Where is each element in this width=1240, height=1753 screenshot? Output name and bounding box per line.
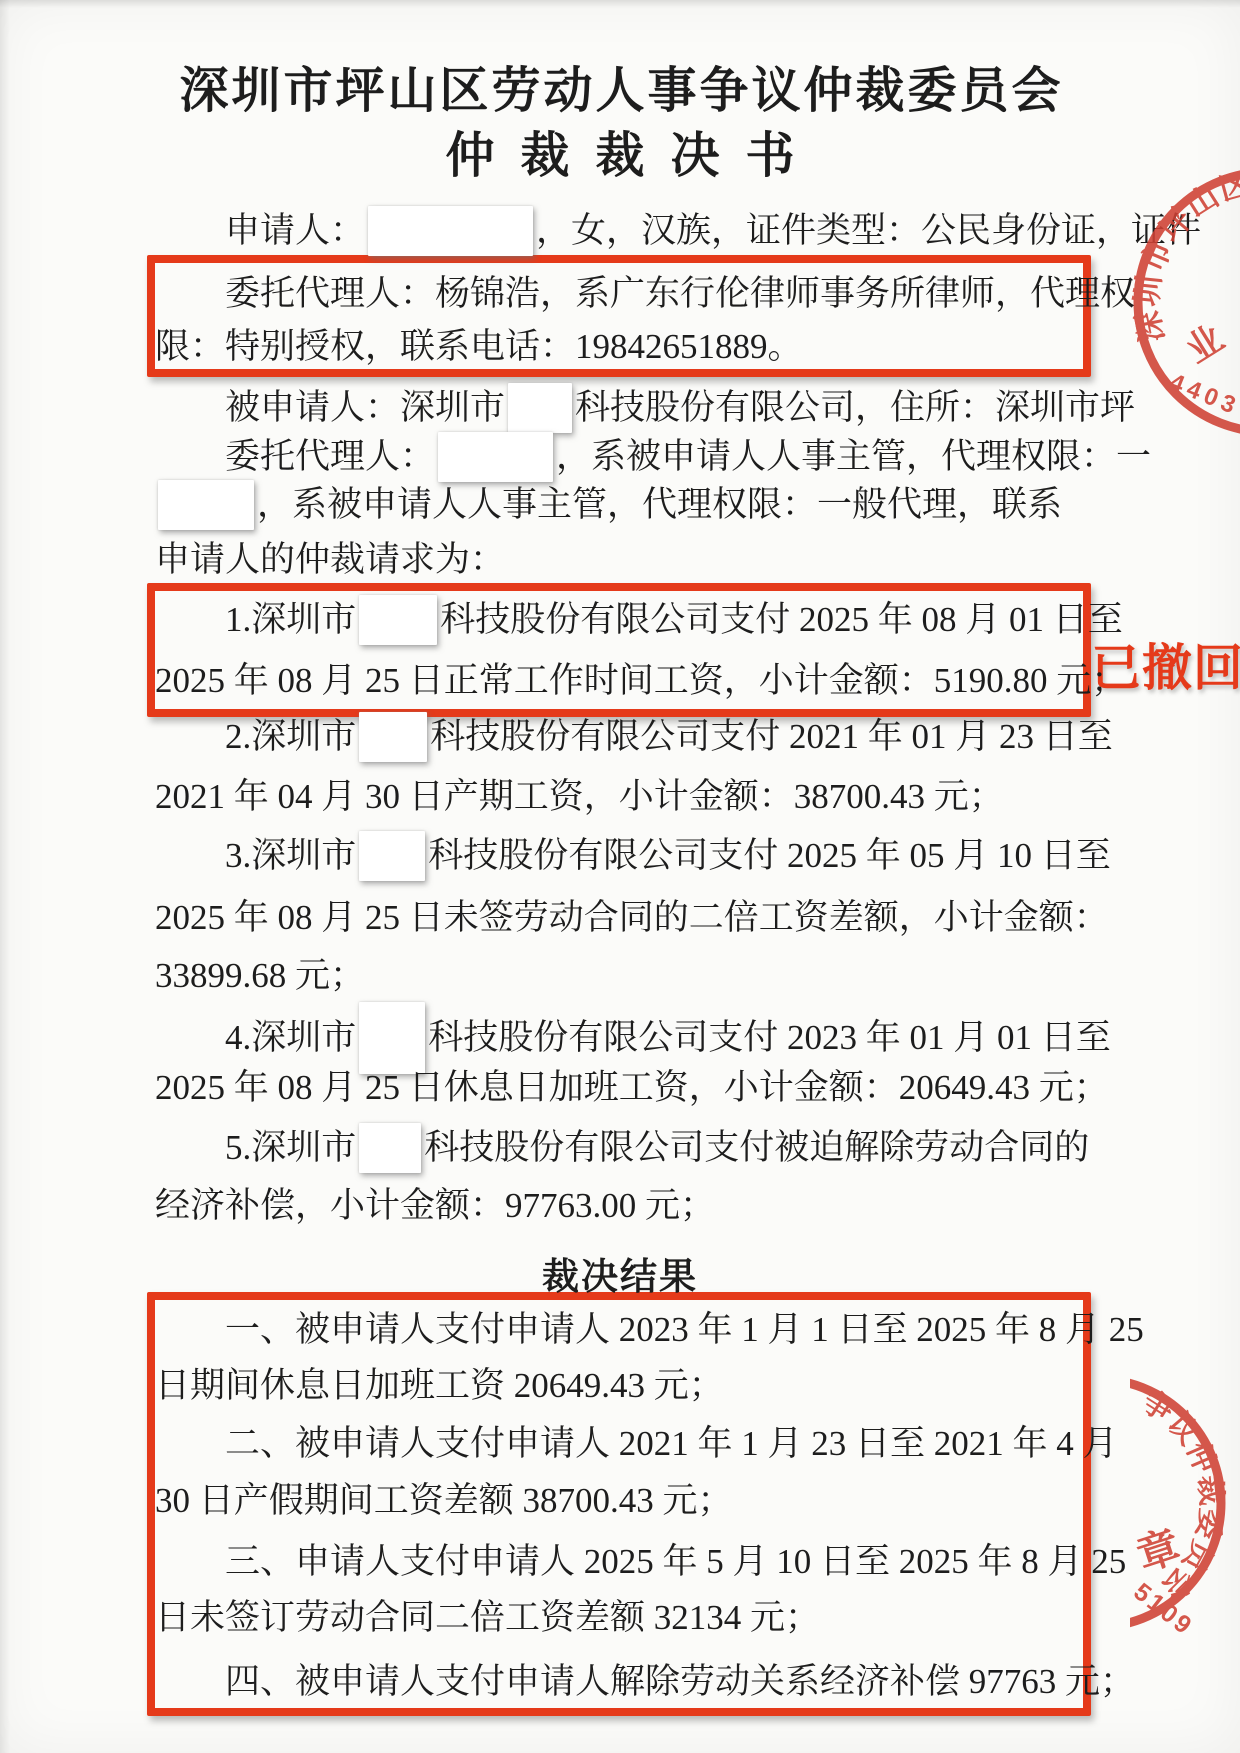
document-line: ，系被申请人人事主管，代理权限：一般代理，联系 <box>155 476 1115 534</box>
document-line: 2025 年 08 月 25 日未签劳动合同的二倍工资差额，小计金额： <box>155 889 1115 947</box>
redaction-block <box>359 595 437 645</box>
redaction-block <box>359 831 425 881</box>
text-run: 四、被申请人支付申请人解除劳动关系经济补偿 97763 元； <box>225 1662 1135 1701</box>
text-run: 科技股份有限公司支付 2025 年 05 月 10 日至 <box>428 836 1111 875</box>
text-run: 2025 年 08 月 25 日正常工作时间工资，小计金额：5190.80 元； <box>155 661 1126 700</box>
document-line: 日期间休息日加班工资 20649.43 元； <box>155 1357 1115 1415</box>
document-line: 限：特别授权，联系电话：19842651889。 <box>155 318 1115 376</box>
text-run: ，女，汉族，证件类型：公民身份证，证件 <box>536 211 1201 250</box>
text-run: 科技股份有限公司支付 2025 年 08 月 01 日至 <box>440 600 1123 639</box>
document-line: 日未签订劳动合同二倍工资差额 32134 元； <box>155 1589 1115 1647</box>
text-run: 2025 年 08 月 25 日休息日加班工资，小计金额：20649.43 元； <box>155 1068 1109 1107</box>
text-run: 科技股份有限公司支付 2023 年 01 月 01 日至 <box>428 1018 1111 1057</box>
redaction-block <box>359 712 427 762</box>
redaction-block <box>368 206 533 256</box>
redaction-block <box>158 480 254 530</box>
text-run: 限：特别授权，联系电话：19842651889。 <box>155 327 803 366</box>
text-run: 申请人： <box>225 211 365 250</box>
text-run: 科技股份有限公司支付 2021 年 01 月 23 日至 <box>430 717 1113 756</box>
page-title-committee: 深圳市坪山区劳动人事争议仲裁委员会 <box>0 52 1240 122</box>
text-run: 委托代理人： <box>225 437 435 476</box>
seal-center-text: 业 <box>1179 317 1231 371</box>
text-run: 一、被申请人支付申请人 2023 年 1 月 1 日至 2025 年 8 月 2… <box>225 1310 1144 1349</box>
document-line: 5.深圳市科技股份有限公司支付被迫解除劳动合同的 <box>155 1119 1185 1177</box>
redaction-block <box>508 383 572 433</box>
document-line: 四、被申请人支付申请人解除劳动关系经济补偿 97763 元； <box>155 1653 1185 1711</box>
text-run: 被申请人：深圳市 <box>225 388 505 427</box>
text-run: 33899.68 元； <box>155 956 365 995</box>
text-run: 2021 年 04 月 30 日产期工资，小计金额：38700.43 元； <box>155 777 1004 816</box>
document-line: 经济补偿，小计金额：97763.00 元； <box>155 1177 1115 1235</box>
text-run: 2025 年 08 月 25 日未签劳动合同的二倍工资差额，小计金额： <box>155 898 1109 937</box>
document-line: 2.深圳市科技股份有限公司支付 2021 年 01 月 23 日至 <box>155 708 1185 766</box>
text-run: 3.深圳市 <box>225 836 356 875</box>
document-line: 33899.68 元； <box>155 947 1115 1005</box>
text-run: 日未签订劳动合同二倍工资差额 32134 元； <box>155 1598 820 1637</box>
document-line: 委托代理人：杨锦浩，系广东行伦律师事务所律师，代理权 <box>155 265 1185 323</box>
text-run: 三、申请人支付申请人 2025 年 5 月 10 日至 2025 年 8 月 2… <box>225 1542 1126 1581</box>
text-run: ，系被申请人人事主管，代理权限：一般代理，联系 <box>257 485 1062 524</box>
text-run: 经济补偿，小计金额：97763.00 元； <box>155 1186 715 1225</box>
document-line: 1.深圳市科技股份有限公司支付 2025 年 08 月 01 日至 <box>155 591 1185 649</box>
text-run: 4.深圳市 <box>225 1018 356 1057</box>
redaction-block <box>359 1123 421 1173</box>
arbitration-document-page: 深圳市坪山区劳动人事争议仲裁委员会 仲裁裁决书 已撤回 裁决结果 申请人：，女，… <box>0 0 1240 1753</box>
text-run: ，系被申请人人事主管，代理权限：一 <box>556 437 1151 476</box>
page-title-doc-type: 仲裁裁决书 <box>0 117 1240 187</box>
document-line: 申请人的仲裁请求为： <box>155 531 1115 589</box>
text-run: 二、被申请人支付申请人 2021 年 1 月 23 日至 2021 年 4 月 <box>225 1424 1118 1463</box>
document-line: 三、申请人支付申请人 2025 年 5 月 10 日至 2025 年 8 月 2… <box>155 1533 1185 1591</box>
text-run: 30 日产假期间工资差额 38700.43 元； <box>155 1481 733 1520</box>
text-run: 科技股份有限公司，住所：深圳市坪 <box>575 388 1135 427</box>
document-line: 申请人：，女，汉族，证件类型：公民身份证，证件 <box>155 202 1185 260</box>
text-run: 日期间休息日加班工资 20649.43 元； <box>155 1366 724 1405</box>
document-line: 2025 年 08 月 25 日正常工作时间工资，小计金额：5190.80 元； <box>155 652 1115 710</box>
document-line: 一、被申请人支付申请人 2023 年 1 月 1 日至 2025 年 8 月 2… <box>155 1301 1185 1359</box>
text-run: 委托代理人：杨锦浩，系广东行伦律师事务所律师，代理权 <box>225 274 1135 313</box>
text-run: 2.深圳市 <box>225 717 356 756</box>
redaction-block <box>438 432 553 482</box>
document-line: 二、被申请人支付申请人 2021 年 1 月 23 日至 2021 年 4 月 <box>155 1415 1185 1473</box>
ruling-result-heading: 裁决结果 <box>0 1246 1240 1300</box>
text-run: 申请人的仲裁请求为： <box>155 540 505 579</box>
document-line: 2025 年 08 月 25 日休息日加班工资，小计金额：20649.43 元； <box>155 1059 1115 1117</box>
document-line: 30 日产假期间工资差额 38700.43 元； <box>155 1472 1115 1530</box>
document-line: 3.深圳市科技股份有限公司支付 2025 年 05 月 10 日至 <box>155 827 1185 885</box>
document-line: 4.深圳市科技股份有限公司支付 2023 年 01 月 01 日至 <box>155 1005 1185 1063</box>
text-run: 科技股份有限公司支付被迫解除劳动合同的 <box>424 1128 1089 1167</box>
text-run: 5.深圳市 <box>225 1128 356 1167</box>
text-run: 1.深圳市 <box>225 600 356 639</box>
document-line: 2021 年 04 月 30 日产期工资，小计金额：38700.43 元； <box>155 768 1115 826</box>
